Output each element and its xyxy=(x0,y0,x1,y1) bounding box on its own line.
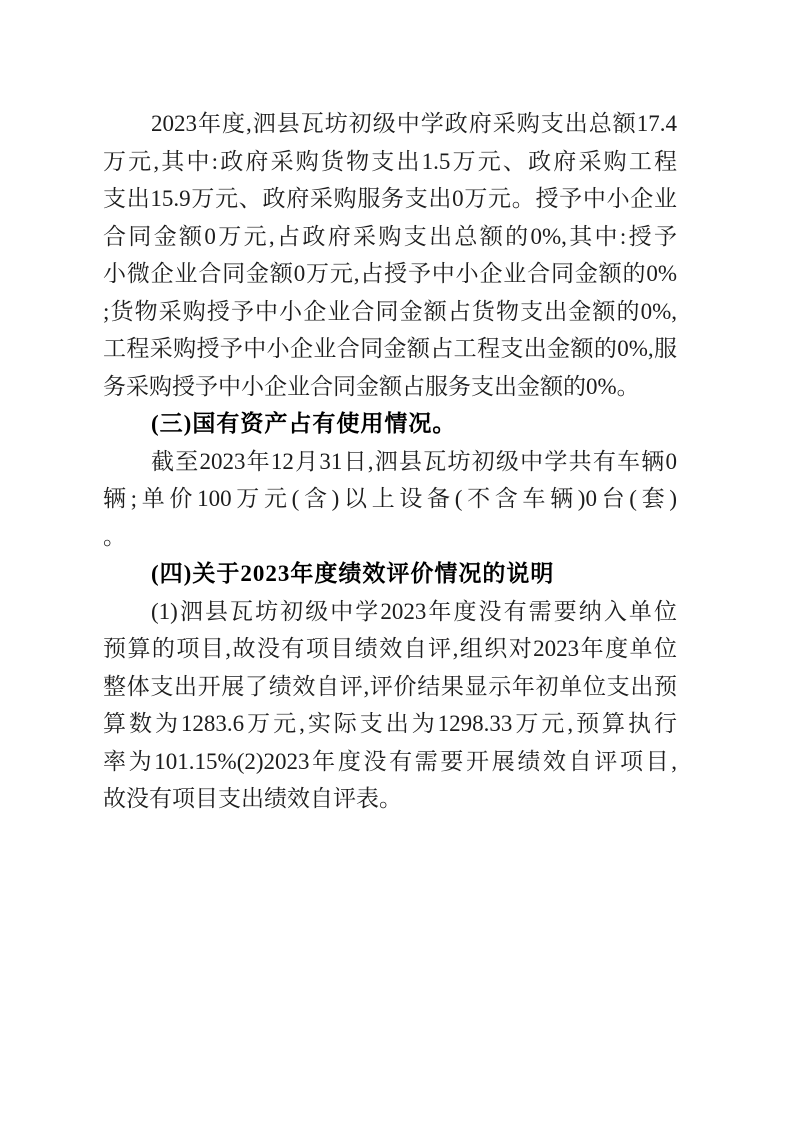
text-line: 支出15.9万元、政府采购服务支出0万元。授予中小企业 xyxy=(103,180,677,218)
section-heading: (三)国有资产占有使用情况。 xyxy=(103,405,677,443)
text-line: 截至2023年12月31日,泗县瓦坊初级中学共有车辆0 xyxy=(103,443,677,481)
text-line: (1)泗县瓦坊初级中学2023年度没有需要纳入单位 xyxy=(103,593,677,631)
text-line: 务采购授予中小企业合同金额占服务支出金额的0%。 xyxy=(103,368,677,406)
text-line: 整体支出开展了绩效自评,评价结果显示年初单位支出预 xyxy=(103,668,677,706)
section-heading: (四)关于2023年度绩效评价情况的说明 xyxy=(103,555,677,593)
text-line: 预算的项目,故没有项目绩效自评,组织对2023年度单位 xyxy=(103,630,677,668)
text-line: 工程采购授予中小企业合同金额占工程支出金额的0%,服 xyxy=(103,330,677,368)
text-line: 2023年度,泗县瓦坊初级中学政府采购支出总额17.4 xyxy=(103,105,677,143)
text-line: 。 xyxy=(103,518,677,556)
text-line: 万元,其中:政府采购货物支出1.5万元、政府采购工程 xyxy=(103,143,677,181)
text-line: 故没有项目支出绩效自评表。 xyxy=(103,780,677,818)
text-line: 小微企业合同金额0万元,占授予中小企业合同金额的0% xyxy=(103,255,677,293)
text-line: 辆;单价100万元(含)以上设备(不含车辆)0台(套) xyxy=(103,480,677,518)
document-page: 2023年度,泗县瓦坊初级中学政府采购支出总额17.4万元,其中:政府采购货物支… xyxy=(0,0,793,1122)
text-line: ;货物采购授予中小企业合同金额占货物支出金额的0%, xyxy=(103,293,677,331)
text-line: 合同金额0万元,占政府采购支出总额的0%,其中:授予 xyxy=(103,218,677,256)
text-line: 算数为1283.6万元,实际支出为1298.33万元,预算执行 xyxy=(103,705,677,743)
text-line: 率为101.15%(2)2023年度没有需要开展绩效自评项目, xyxy=(103,743,677,781)
document-body: 2023年度,泗县瓦坊初级中学政府采购支出总额17.4万元,其中:政府采购货物支… xyxy=(103,105,677,818)
